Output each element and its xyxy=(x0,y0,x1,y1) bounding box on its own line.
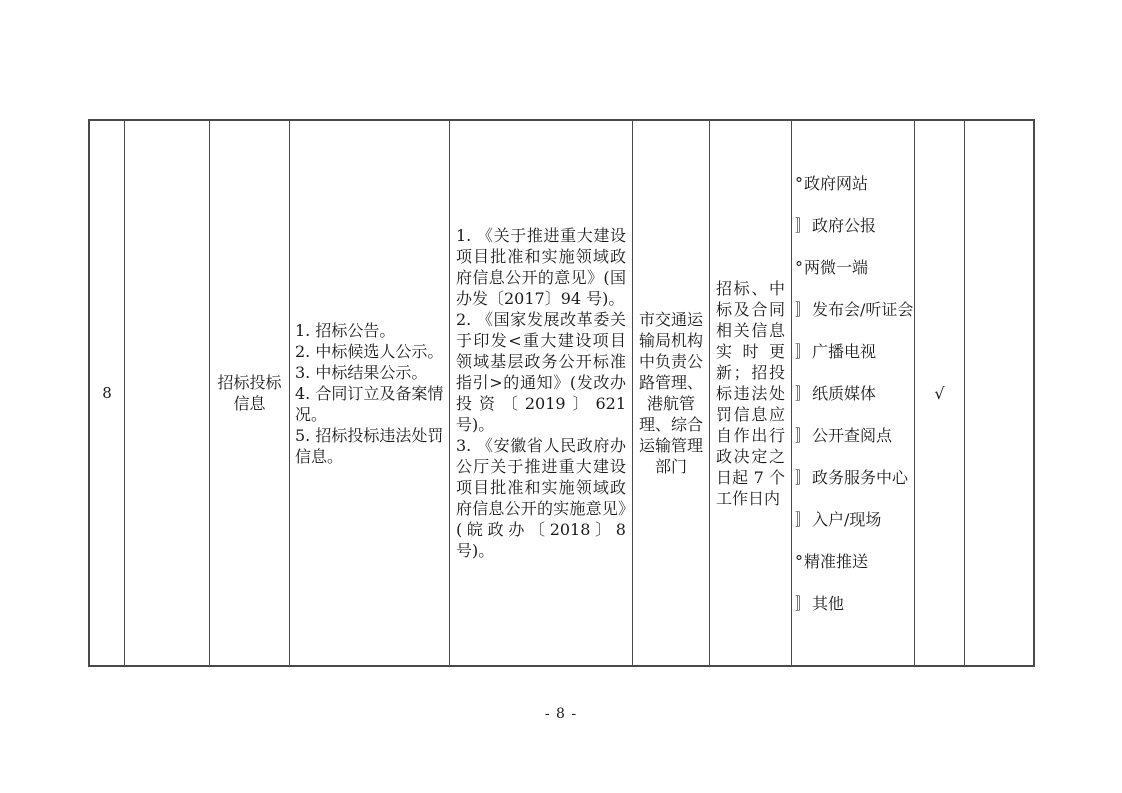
channel-label: 政府公报 xyxy=(812,215,876,236)
checkbox-marker-icon: 〛 xyxy=(795,215,811,236)
channel-item-gov-website: ° 政府网站 xyxy=(795,162,912,204)
cell-responsible-department: 市交通运输局机构中负责公路管理、港航管理、综合运输管理部门 xyxy=(633,121,710,665)
update-deadline-text: 招标、中标及合同相关信息实时更新；招投标违法处罚信息应自作出行政决定之日起 7 … xyxy=(716,278,785,509)
channel-label: 两微一端 xyxy=(804,257,868,278)
channel-label: 政府网站 xyxy=(804,173,868,194)
checkbox-marker-icon: 〛 xyxy=(795,593,811,614)
channel-label: 其他 xyxy=(812,593,844,614)
channel-item-public-reading-point: 〛 公开查阅点 xyxy=(795,414,912,456)
channel-label: 公开查阅点 xyxy=(812,425,892,446)
channel-label: 广播电视 xyxy=(812,341,876,362)
checkbox-marker-icon: 〛 xyxy=(795,341,811,362)
cell-sequence-number: 8 xyxy=(90,121,125,665)
channel-item-door-to-door-onsite: 〛 入户/现场 xyxy=(795,498,912,540)
cell-disclosure-channels: ° 政府网站 〛 政府公报 ° 两微一端 〛 发布会/听证会 〛 广播电视 〛 … xyxy=(792,121,915,665)
channel-item-paper-media: 〛 纸质媒体 xyxy=(795,372,912,414)
cell-legal-basis: 1. 《关于推进重大建设项目批准和实施领域政府信息公开的意见》(国办发〔2017… xyxy=(450,121,633,665)
checkbox-marker-icon: 〛 xyxy=(795,467,811,488)
cell-trailing-empty xyxy=(965,121,1033,665)
channel-item-gov-gazette: 〛 政府公报 xyxy=(795,204,912,246)
responsible-department-text: 市交通运输局机构中负责公路管理、港航管理、综合运输管理部门 xyxy=(638,309,704,477)
document-page: 8 招标投标 信息 1. 招标公告。 2. 中标候选人公示。 3. 中标结果公示… xyxy=(0,0,1122,793)
channel-item-other: 〛 其他 xyxy=(795,582,912,624)
checkbox-marker-icon: 〛 xyxy=(795,383,811,404)
channel-item-gov-service-center: 〛 政务服务中心 xyxy=(795,456,912,498)
page-number: - 8 - xyxy=(0,706,1122,722)
cell-category-empty xyxy=(125,121,210,665)
channel-item-broadcast-tv: 〛 广播电视 xyxy=(795,330,912,372)
cell-disclosure-items: 1. 招标公告。 2. 中标候选人公示。 3. 中标结果公示。 4. 合同订立及… xyxy=(290,121,450,665)
sequence-number: 8 xyxy=(102,383,112,404)
channel-label: 精准推送 xyxy=(804,551,868,572)
channel-item-precise-push: ° 精准推送 xyxy=(795,540,912,582)
channel-label: 纸质媒体 xyxy=(812,383,876,404)
cell-checkmark: √ xyxy=(915,121,965,665)
cell-item-name: 招标投标 信息 xyxy=(210,121,290,665)
legal-basis-text: 1. 《关于推进重大建设项目批准和实施领域政府信息公开的意见》(国办发〔2017… xyxy=(456,225,626,561)
disclosure-standards-table: 8 招标投标 信息 1. 招标公告。 2. 中标候选人公示。 3. 中标结果公示… xyxy=(88,119,1035,667)
channel-label: 政务服务中心 xyxy=(812,467,908,488)
channel-label: 发布会/听证会 xyxy=(812,299,913,320)
channel-item-press-hearing: 〛 发布会/听证会 xyxy=(795,288,912,330)
channel-label: 入户/现场 xyxy=(812,509,881,530)
checkmark-glyph: √ xyxy=(934,383,944,404)
checkbox-marker-icon: 〛 xyxy=(795,425,811,446)
checkbox-marker-icon: ° xyxy=(795,551,803,572)
disclosure-items-text: 1. 招标公告。 2. 中标候选人公示。 3. 中标结果公示。 4. 合同订立及… xyxy=(295,320,444,467)
channel-item-two-wechat-one-app: ° 两微一端 xyxy=(795,246,912,288)
cell-update-deadline: 招标、中标及合同相关信息实时更新；招投标违法处罚信息应自作出行政决定之日起 7 … xyxy=(710,121,792,665)
checkbox-marker-icon: ° xyxy=(795,173,803,194)
item-name: 招标投标 信息 xyxy=(217,372,281,414)
checkbox-marker-icon: 〛 xyxy=(795,509,811,530)
checkbox-marker-icon: ° xyxy=(795,257,803,278)
checkbox-marker-icon: 〛 xyxy=(795,299,811,320)
